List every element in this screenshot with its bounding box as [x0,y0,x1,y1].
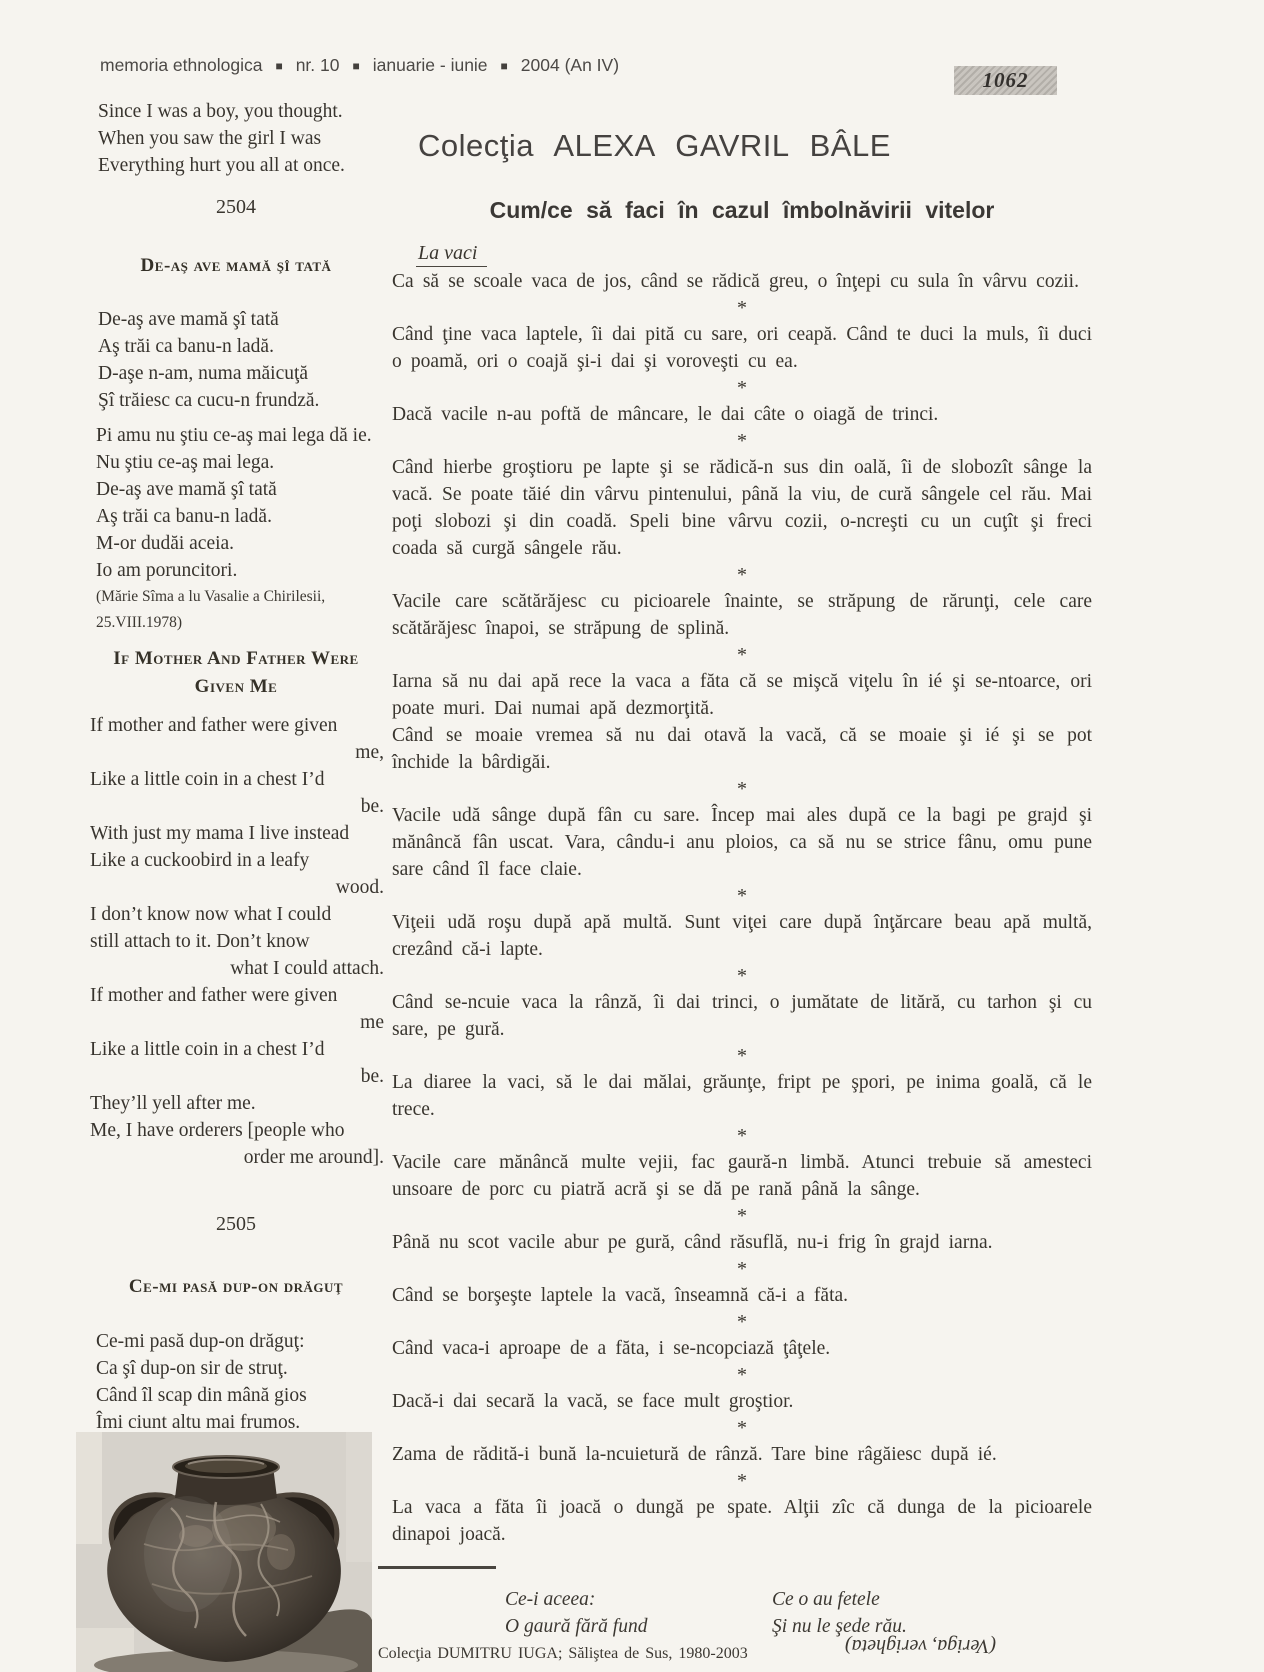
poem-line: be. [90,793,384,820]
poem-line: be. [90,1063,384,1090]
poem1-stanza1: De-aş ave mamă şî tată Aş trăi ca banu-n… [98,306,319,414]
poem-line: wood. [90,874,384,901]
poem-line: De-aş ave mamă şî tată [96,476,372,503]
journal-header: memoria ethnologica ■ nr. 10 ■ ianuarie … [100,55,619,76]
footnote-verse-answer: Ce o au fetele Şi nu le şede rău. [772,1586,907,1640]
paragraph: Dacă vacile n-au poftă de mâncare, le da… [392,401,1092,428]
asterisk-separator: * [392,1364,1092,1386]
asterisk-separator: * [392,778,1092,800]
poem-line: De-aş ave mamă şî tată [98,306,319,333]
poem-line: Like a little coin in a chest I’d [90,766,384,793]
poem-line: Like a cuckoobird in a leafy [90,847,384,874]
rotated-answer: (Veriga, verigheta) [845,1634,996,1657]
poem-line: Când îl scap din mână gios [96,1382,307,1409]
collection-note: Colecţia DUMITRU IUGA; Săliştea de Sus, … [378,1645,748,1663]
verse-line: Ce o au fetele [772,1586,907,1613]
poem1-title: De-aş ave mamă şî tată [80,252,392,280]
paragraph: Când hierbe groştioru pe lapte şi se răd… [392,454,1092,562]
poem-line: When you saw the girl I was [98,125,345,152]
asterisk-separator: * [392,430,1092,452]
section-label: La vaci [416,242,487,267]
poem-line: Ce-mi pasă dup-on drăguţ: [96,1328,307,1355]
paragraph: Zama de rădită-i bună la-ncuietură de râ… [392,1441,1092,1468]
asterisk-separator: * [392,1125,1092,1147]
poem-line: Şî trăiesc ca cucu-n frundză. [98,387,319,414]
collection-title: Colecţia ALEXA GAVRIL BÂLE [418,128,891,164]
square-bullet-icon: ■ [501,60,508,72]
asterisk-separator: * [392,297,1092,319]
footnote-verse-question: Ce-i aceea: O gaură fără fund [505,1586,647,1640]
paragraph: La vaca a făta îi joacă o dungă pe spate… [392,1494,1092,1548]
translation-poem: If mother and father were given me, Like… [90,712,384,1171]
paragraph: Ca să se scoale vaca de jos, când se răd… [392,268,1092,295]
article-subtitle: Cum/ce să faci în cazul îmbolnăvirii vit… [392,197,1092,224]
poem-line: I don’t know now what I could [90,901,384,928]
asterisk-separator: * [392,1470,1092,1492]
poem-line: what I could attach. [90,955,384,982]
paragraph: Vacile care scătărăjesc cu picioarele în… [392,588,1092,642]
poem-line: Everything hurt you all at once. [98,152,345,179]
issue-period: ianuarie - iunie [373,55,488,76]
asterisk-separator: * [392,1205,1092,1227]
paragraph: Când se moaie vremea să nu dai otavă la … [392,722,1092,776]
attribution-line: 25.VIII.1978) [96,610,325,636]
asterisk-separator: * [392,1045,1092,1067]
paragraph: La diaree la vaci, să le dai mălai, grău… [392,1069,1092,1123]
poem-line: M-or dudăi aceia. [96,530,372,557]
poem-line: me [90,1009,384,1036]
poem2: Ce-mi pasă dup-on drăguţ: Ca şî dup-on s… [96,1328,307,1436]
paragraph: Când se borşeşte laptele la vacă, înseam… [392,1282,1092,1309]
intro-poem: Since I was a boy, you thought. When you… [98,98,345,179]
footnote-rule [378,1566,496,1569]
issue-number: nr. 10 [296,55,340,76]
poem1-attribution: (Mărie Sîma a lu Vasalie a Chirilesii, 2… [96,584,325,636]
paragraph: Vacile care mănâncă multe vejii, fac gau… [392,1149,1092,1203]
asterisk-separator: * [392,1311,1092,1333]
paragraph: Iarna să nu dai apă rece la vaca a făta … [392,668,1092,722]
poem-line: If mother and father were given [90,982,384,1009]
verse-line: Ce-i aceea: [505,1586,647,1613]
asterisk-separator: * [392,965,1092,987]
poem-line: order me around]. [90,1144,384,1171]
page-number-badge: 1062 [954,66,1057,95]
attribution-line: (Mărie Sîma a lu Vasalie a Chirilesii, [96,584,325,610]
poem-line: They’ll yell after me. [90,1090,384,1117]
asterisk-separator: * [392,885,1092,907]
poem-line: Pi amu nu ştiu ce-aş mai lega dă ie. [96,422,372,449]
verse-line: O gaură fără fund [505,1613,647,1640]
poem-line: Nu ştiu ce-aş mai lega. [96,449,372,476]
poem-line: Me, I have orderers [people who [90,1117,384,1144]
square-bullet-icon: ■ [353,60,360,72]
poem-number-2504: 2504 [80,196,392,219]
poem-line: Since I was a boy, you thought. [98,98,345,125]
poem-line: Like a little coin in a chest I’d [90,1036,384,1063]
asterisk-separator: * [392,644,1092,666]
asterisk-separator: * [392,1417,1092,1439]
asterisk-separator: * [392,377,1092,399]
paragraph: Când vaca-i aproape de a făta, i se-ncop… [392,1335,1092,1362]
translation-title: If Mother And Father Were Given Me [80,645,392,701]
poem-number-2505: 2505 [80,1213,392,1236]
poem-line: me, [90,739,384,766]
article-body: Ca să se scoale vaca de jos, când se răd… [392,268,1092,1548]
translation-title-line: Given Me [80,673,392,701]
paragraph: Când se-ncuie vaca la rânză, îi dai trin… [392,989,1092,1043]
poem-line: still attach to it. Don’t know [90,928,384,955]
poem-line: Aş trăi ca banu-n ladă. [98,333,319,360]
paragraph: Dacă-i dai secară la vacă, se face mult … [392,1388,1092,1415]
asterisk-separator: * [392,564,1092,586]
paragraph: Vacile udă sânge după fân cu sare. Încep… [392,802,1092,883]
asterisk-separator: * [392,1258,1092,1280]
square-bullet-icon: ■ [275,60,282,72]
journal-title: memoria ethnologica [100,55,262,76]
pot-photo [76,1432,372,1672]
translation-title-line: If Mother And Father Were [80,645,392,673]
paragraph: Până nu scot vacile abur pe gură, când r… [392,1229,1092,1256]
poem1-stanza2: Pi amu nu ştiu ce-aş mai lega dă ie. Nu … [96,422,372,584]
poem2-title: Ce-mi pasă dup-on drăguţ [80,1273,392,1301]
poem-line: Ca şî dup-on sir de struţ. [96,1355,307,1382]
paragraph: Când ţine vaca laptele, îi dai pită cu s… [392,321,1092,375]
poem-line: If mother and father were given [90,712,384,739]
issue-year: 2004 (An IV) [521,55,619,76]
poem-line: Io am poruncitori. [96,557,372,584]
paragraph: Viţeii udă roşu după apă multă. Sunt viţ… [392,909,1092,963]
poem-line: D-aşe n-am, numa măicuţă [98,360,319,387]
poem-line: Aş trăi ca banu-n ladă. [96,503,372,530]
poem-line: With just my mama I live instead [90,820,384,847]
